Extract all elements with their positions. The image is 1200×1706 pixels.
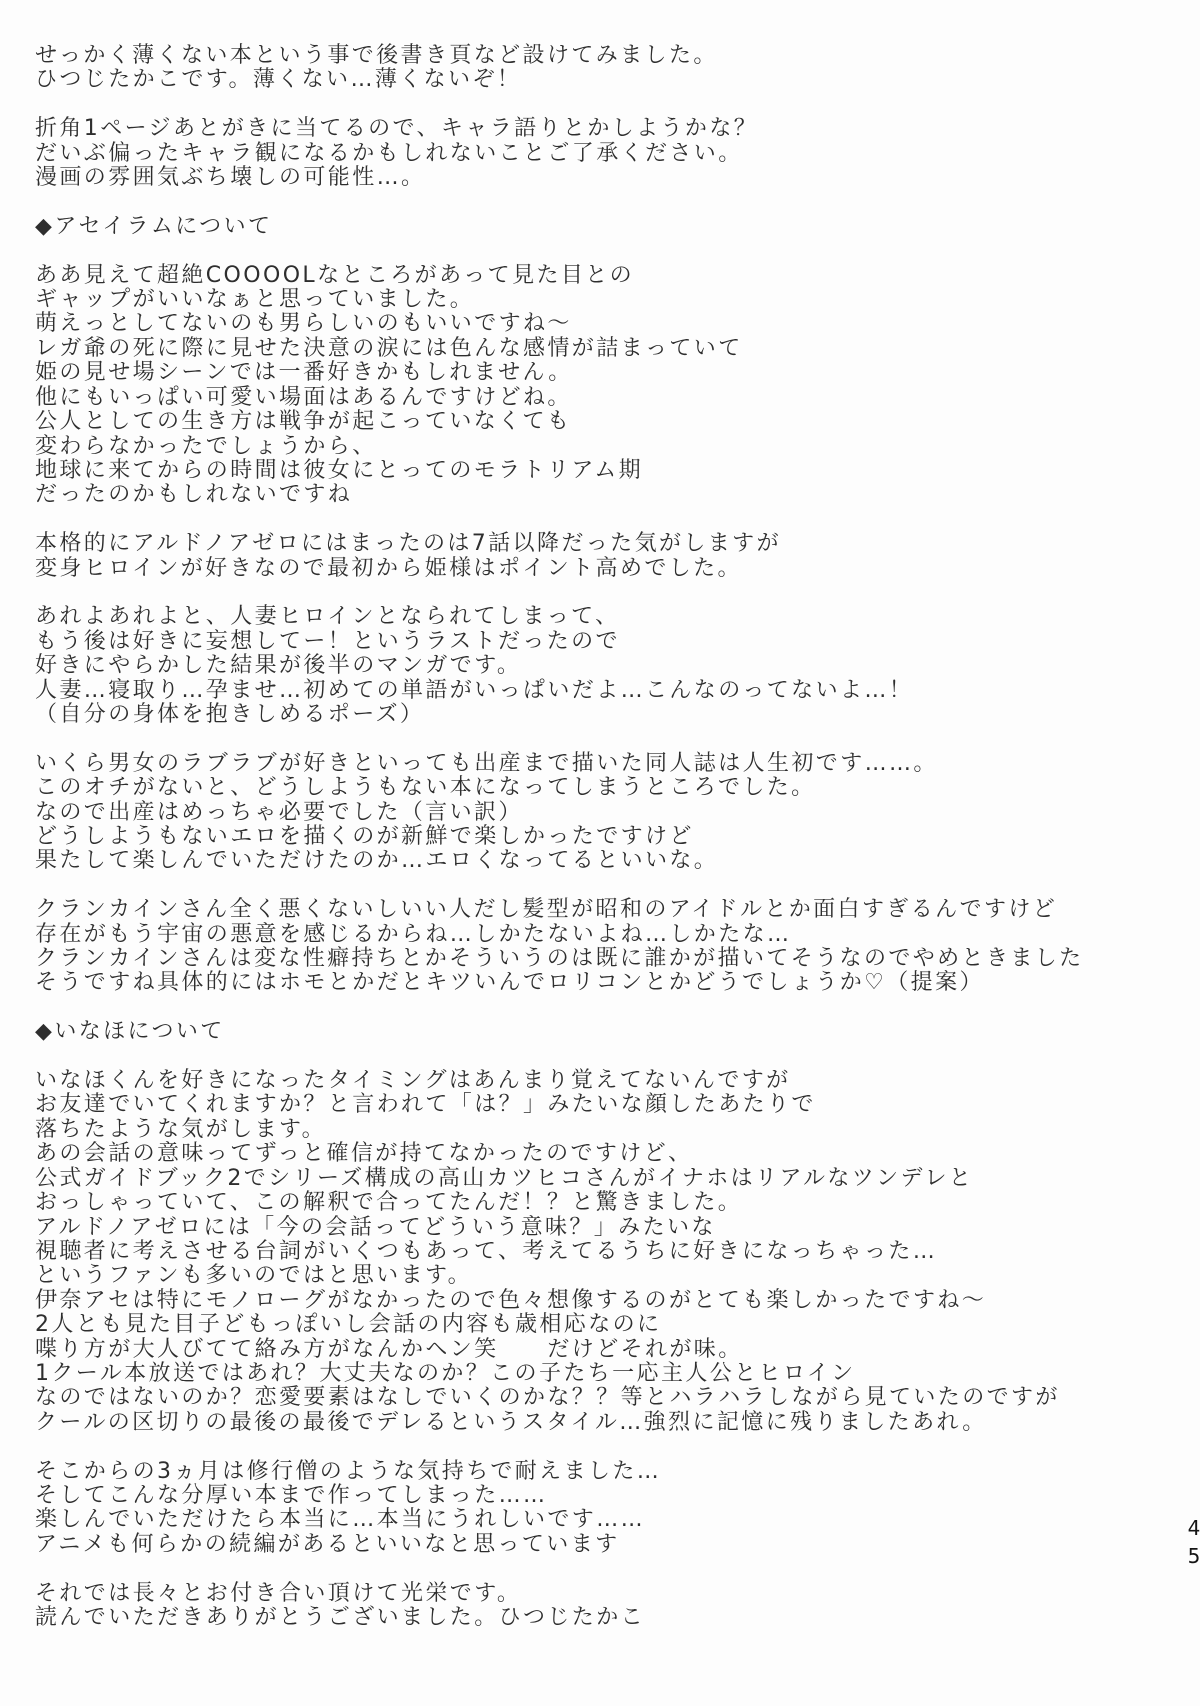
text-line: 変わらなかったでしょうから、 — [35, 435, 1195, 459]
text-line — [35, 1045, 1195, 1069]
text-line: 伊奈アセは特にモノローグがなかったので色々想像するのがとても楽しかったですね～ — [35, 1289, 1195, 1313]
text-line: お友達でいてくれますか？と言われて「は？」みたいな顔したあたりで — [35, 1093, 1195, 1117]
page-number: 45 — [1185, 1516, 1200, 1572]
text-line: 人妻…寝取り…孕ませ…初めての単語がいっぱいだよ…こんなのってないよ…！ — [35, 679, 1195, 703]
text-line: 喋り方が大人びてて絡み方がなんかヘン笑 だけどそれが味。 — [35, 1338, 1195, 1362]
text-line: 存在がもう宇宙の悪意を感じるからね…しかたないよね…しかたな… — [35, 923, 1195, 947]
text-line: このオチがないと、どうしようもない本になってしまうところでした。 — [35, 776, 1195, 800]
text-line: それでは長々とお付き合い頂けて光栄です。 — [35, 1582, 1195, 1606]
text-line: アニメも何らかの続編があるといいなと思っています — [35, 1533, 1195, 1557]
text-line: 公式ガイドブック2でシリーズ構成の高山カツヒコさんがイナホはリアルなツンデレと — [35, 1167, 1195, 1191]
text-line: レガ爺の死に際に見せた決意の涙には色んな感情が詰まっていて — [35, 337, 1195, 361]
text-line: 果たして楽しんでいただけたのか…エロくなってるといいな。 — [35, 849, 1195, 873]
text-line: クールの区切りの最後の最後でデレるというスタイル…強烈に記憶に残りましたあれ。 — [35, 1411, 1195, 1435]
text-line — [35, 1435, 1195, 1459]
text-line: 折角1ページあとがきに当てるので、キャラ語りとかしようかな？ — [35, 117, 1195, 141]
text-line: 漫画の雰囲気ぶち壊しの可能性…。 — [35, 166, 1195, 190]
text-line — [35, 190, 1195, 214]
text-line — [35, 93, 1195, 117]
text-line: ああ見えて超絶COOOOLなところがあって見た目との — [35, 264, 1195, 288]
text-line: だいぶ偏ったキャラ観になるかもしれないことご了承ください。 — [35, 142, 1195, 166]
text-line — [35, 508, 1195, 532]
text-line: 公人としての生き方は戦争が起こっていなくても — [35, 410, 1195, 434]
text-line: 萌えっとしてないのも男らしいのもいいですね～ — [35, 312, 1195, 336]
text-line: 落ちたような気がします。 — [35, 1118, 1195, 1142]
text-line: アルドノアゼロには「今の会話ってどういう意味？」みたいな — [35, 1216, 1195, 1240]
text-line — [35, 727, 1195, 751]
text-line: 好きにやらかした結果が後半のマンガです。 — [35, 654, 1195, 678]
afterword-page: せっかく薄くない本という事で後書き頁など設けてみました。ひつじたかこです。薄くな… — [0, 0, 1200, 1706]
text-line: 1クール本放送ではあれ？大丈夫なのか？この子たち一応主人公とヒロイン — [35, 1362, 1195, 1386]
text-line: ひつじたかこです。薄くない…薄くないぞ！ — [35, 68, 1195, 92]
section-heading: ◆アセイラムについて — [35, 215, 1195, 239]
text-line: 姫の見せ場シーンでは一番好きかもしれません。 — [35, 361, 1195, 385]
text-line: もう後は好きに妄想してー！というラストだったので — [35, 630, 1195, 654]
text-line: あの会話の意味ってずっと確信が持てなかったのですけど、 — [35, 1142, 1195, 1166]
text-line: なのではないのか？恋愛要素はなしでいくのかな？？等とハラハラしながら見ていたので… — [35, 1386, 1195, 1410]
afterword-text: せっかく薄くない本という事で後書き頁など設けてみました。ひつじたかこです。薄くな… — [35, 44, 1195, 1630]
text-line: いくら男女のラブラブが好きといっても出産まで描いた同人誌は人生初です……。 — [35, 752, 1195, 776]
text-line: というファンも多いのではと思います。 — [35, 1264, 1195, 1288]
text-line: あれよあれよと、人妻ヒロインとなられてしまって、 — [35, 605, 1195, 629]
section-heading: ◆いなほについて — [35, 1020, 1195, 1044]
text-line: クランカインさんは変な性癖持ちとかそういうのは既に誰かが描いてそうなのでやめとき… — [35, 947, 1195, 971]
text-line: クランカインさん全く悪くないしいい人だし髪型が昭和のアイドルとか面白すぎるんです… — [35, 898, 1195, 922]
text-line: 読んでいただきありがとうございました。ひつじたかこ — [35, 1606, 1195, 1630]
text-line: ギャップがいいなぁと思っていました。 — [35, 288, 1195, 312]
text-line — [35, 581, 1195, 605]
text-line: 2人とも見た目子どもっぽいし会話の内容も歳相応なのに — [35, 1313, 1195, 1337]
text-line: そうですね具体的にはホモとかだとキツいんでロリコンとかどうでしょうか♡（提案） — [35, 971, 1195, 995]
text-line: だったのかもしれないですね — [35, 483, 1195, 507]
text-line: 本格的にアルドノアゼロにはまったのは7話以降だった気がしますが — [35, 532, 1195, 556]
text-line: そしてこんな分厚い本まで作ってしまった…… — [35, 1484, 1195, 1508]
text-line: せっかく薄くない本という事で後書き頁など設けてみました。 — [35, 44, 1195, 68]
text-line: いなほくんを好きになったタイミングはあんまり覚えてないんですが — [35, 1069, 1195, 1093]
text-line: 地球に来てからの時間は彼女にとってのモラトリアム期 — [35, 459, 1195, 483]
text-line: 視聴者に考えさせる台詞がいくつもあって、考えてるうちに好きになっちゃった… — [35, 1240, 1195, 1264]
text-line: 他にもいっぱい可愛い場面はあるんですけどね。 — [35, 386, 1195, 410]
text-line: なので出産はめっちゃ必要でした（言い訳） — [35, 801, 1195, 825]
text-line: どうしようもないエロを描くのが新鮮で楽しかったですけど — [35, 825, 1195, 849]
text-line — [35, 239, 1195, 263]
text-line — [35, 996, 1195, 1020]
text-line — [35, 874, 1195, 898]
text-line — [35, 1557, 1195, 1581]
text-line: （自分の身体を抱きしめるポーズ） — [35, 703, 1195, 727]
text-line: 楽しんでいただけたら本当に…本当にうれしいです…… — [35, 1508, 1195, 1532]
text-line: おっしゃっていて、この解釈で合ってたんだ！？と驚きました。 — [35, 1191, 1195, 1215]
text-line: 変身ヒロインが好きなので最初から姫様はポイント高めでした。 — [35, 557, 1195, 581]
text-line: そこからの3ヵ月は修行僧のような気持ちで耐えました… — [35, 1460, 1195, 1484]
